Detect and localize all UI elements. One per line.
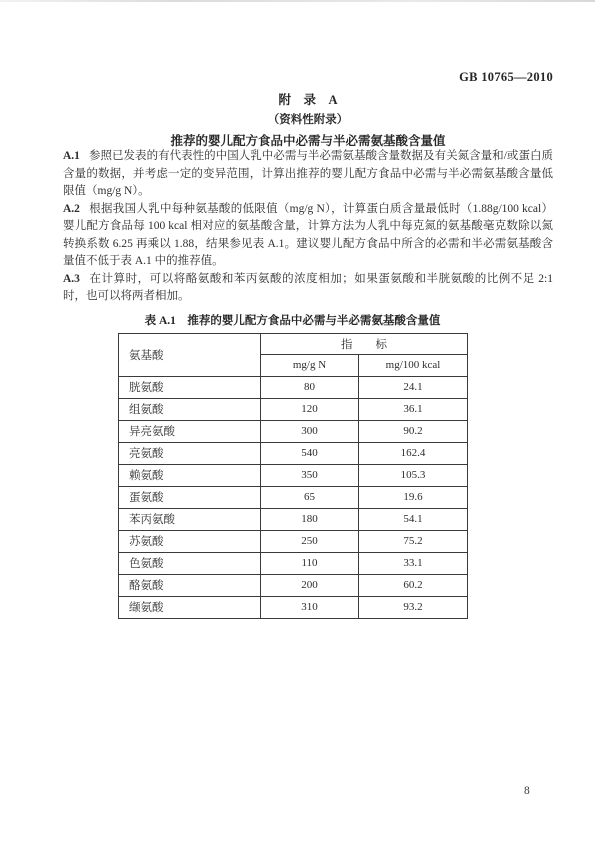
appendix-heading-block: 附 录 A （资料性附录） 推荐的婴儿配方食品中必需与半必需氨基酸含量值 [63,90,553,149]
mg-per-100kcal-cell: 60.2 [359,574,468,596]
mg-per-g-n-cell: 65 [261,486,359,508]
clause-text-a3: 在计算时，可以将酪氨酸和苯丙氨酸的浓度相加；如果蛋氨酸和半胱氨酸的比例不足 2:… [63,273,553,303]
body-text-block: A.1参照已发表的有代表性的中国人乳中必需与半必需氨基酸含量数据及有关氮含量和/… [63,148,553,619]
mg-per-g-n-cell: 80 [261,376,359,398]
mg-per-g-n-cell: 250 [261,530,359,552]
clause-label-a2: A.2 [63,203,80,215]
mg-per-100kcal-cell: 105.3 [359,464,468,486]
mg-per-100kcal-cell: 33.1 [359,552,468,574]
amino-acid-name-cell: 赖氨酸 [119,464,261,486]
amino-acid-table: 氨基酸 指 标 mg/g N mg/100 kcal 胱氨酸 80 24.1 [118,333,468,619]
amino-acid-name-cell: 色氨酸 [119,552,261,574]
appendix-subheading: （资料性附录） [63,111,553,127]
paragraph-a3: A.3在计算时，可以将酪氨酸和苯丙氨酸的浓度相加；如果蛋氨酸和半胱氨酸的比例不足… [63,271,553,306]
table-header-amino-acid: 氨基酸 [119,333,261,376]
table-row: 苏氨酸 250 75.2 [119,530,468,552]
scan-artifact-top-edge [0,0,595,2]
table-row: 酪氨酸 200 60.2 [119,574,468,596]
standard-number: GB 10765—2010 [459,70,553,85]
mg-per-g-n-cell: 120 [261,398,359,420]
table-row: 蛋氨酸 65 19.6 [119,486,468,508]
mg-per-100kcal-cell: 54.1 [359,508,468,530]
amino-acid-name-cell: 苯丙氨酸 [119,508,261,530]
clause-text-a2: 根据我国人乳中每种氨基酸的低限值（mg/g N），计算蛋白质含量最低时（1.88… [63,203,553,268]
mg-per-100kcal-cell: 24.1 [359,376,468,398]
table-header-mg-per-g-n: mg/g N [261,354,359,376]
mg-per-100kcal-cell: 36.1 [359,398,468,420]
table-header-row-1: 氨基酸 指 标 [119,333,468,354]
table-body: 胱氨酸 80 24.1 组氨酸 120 36.1 异亮氨酸 300 90.2 [119,376,468,618]
mg-per-100kcal-cell: 75.2 [359,530,468,552]
amino-acid-name-cell: 酪氨酸 [119,574,261,596]
table-row: 缬氨酸 310 93.2 [119,596,468,618]
mg-per-g-n-cell: 110 [261,552,359,574]
table-row: 赖氨酸 350 105.3 [119,464,468,486]
paragraph-a1: A.1参照已发表的有代表性的中国人乳中必需与半必需氨基酸含量数据及有关氮含量和/… [63,148,553,201]
mg-per-100kcal-cell: 19.6 [359,486,468,508]
amino-acid-name-cell: 异亮氨酸 [119,420,261,442]
table-row: 异亮氨酸 300 90.2 [119,420,468,442]
table-row: 色氨酸 110 33.1 [119,552,468,574]
mg-per-100kcal-cell: 90.2 [359,420,468,442]
clause-label-a3: A.3 [63,273,80,285]
paragraph-a2: A.2根据我国人乳中每种氨基酸的低限值（mg/g N），计算蛋白质含量最低时（1… [63,201,553,271]
mg-per-100kcal-cell: 93.2 [359,596,468,618]
clause-label-a1: A.1 [63,150,80,162]
amino-acid-name-cell: 胱氨酸 [119,376,261,398]
appendix-heading: 附 录 A [63,90,553,108]
amino-acid-name-cell: 苏氨酸 [119,530,261,552]
mg-per-g-n-cell: 540 [261,442,359,464]
amino-acid-name-cell: 蛋氨酸 [119,486,261,508]
mg-per-g-n-cell: 350 [261,464,359,486]
mg-per-100kcal-cell: 162.4 [359,442,468,464]
page-number: 8 [524,785,530,797]
table-row: 组氨酸 120 36.1 [119,398,468,420]
amino-acid-name-cell: 组氨酸 [119,398,261,420]
mg-per-g-n-cell: 180 [261,508,359,530]
appendix-title: 推荐的婴儿配方食品中必需与半必需氨基酸含量值 [63,131,553,149]
mg-per-g-n-cell: 200 [261,574,359,596]
mg-per-g-n-cell: 310 [261,596,359,618]
clause-text-a1: 参照已发表的有代表性的中国人乳中必需与半必需氨基酸含量数据及有关氮含量和/或蛋白… [63,150,553,197]
mg-per-g-n-cell: 300 [261,420,359,442]
amino-acid-name-cell: 亮氨酸 [119,442,261,464]
table-header-indicator: 指 标 [261,333,468,354]
amino-acid-name-cell: 缬氨酸 [119,596,261,618]
table-row: 亮氨酸 540 162.4 [119,442,468,464]
table-area: 表 A.1 推荐的婴儿配方食品中必需与半必需氨基酸含量值 氨基酸 指 标 mg/… [118,312,467,619]
table-caption: 表 A.1 推荐的婴儿配方食品中必需与半必需氨基酸含量值 [118,312,467,328]
table-header-mg-per-100kcal: mg/100 kcal [359,354,468,376]
table-row: 苯丙氨酸 180 54.1 [119,508,468,530]
table-row: 胱氨酸 80 24.1 [119,376,468,398]
document-page: { "page": { "doc_number": "GB 10765—2010… [0,0,595,842]
